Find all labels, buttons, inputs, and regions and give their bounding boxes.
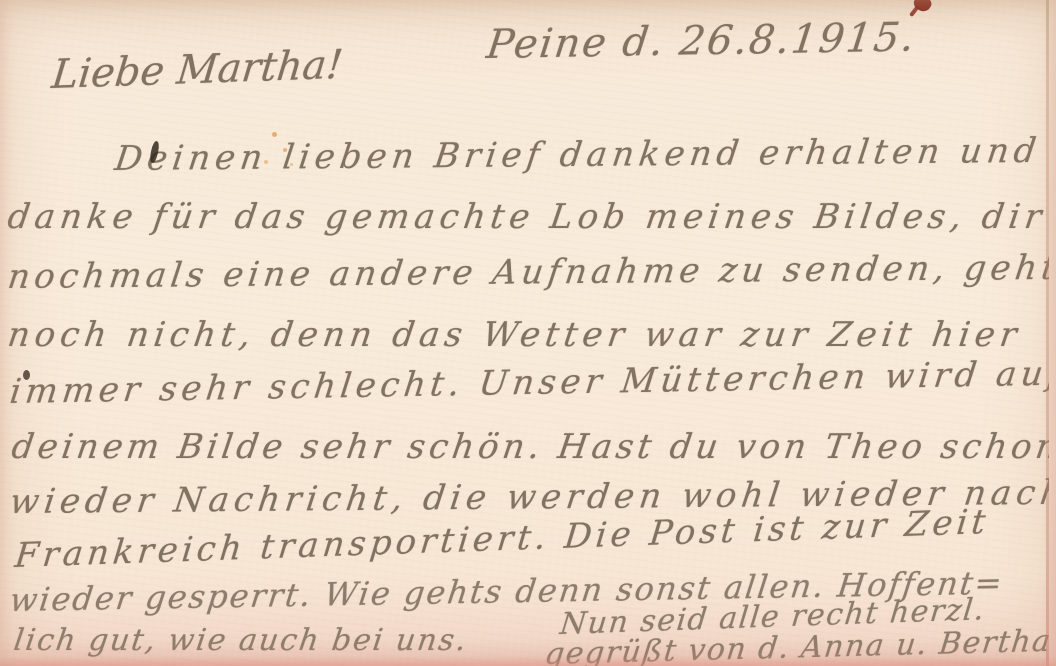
salutation: Liebe Martha! xyxy=(50,42,345,98)
handwriting-line: immer sehr schlecht. Unser Mütterchen wi… xyxy=(8,355,1056,413)
handwriting-line: Deinen lieben Brief dankend erhalten und xyxy=(112,132,1043,179)
postcard-scan: Peine d. 26.8.1915. Liebe Martha! Deinen… xyxy=(0,0,1056,666)
foxing-spot xyxy=(272,132,277,137)
handwriting-line: noch nicht, denn das Wetter war zur Zeit… xyxy=(5,316,1024,355)
handwriting-line: lich gut, wie auch bei uns. xyxy=(12,624,470,659)
handwriting-line: deinem Bilde sehr schön. Hast du von The… xyxy=(9,428,1056,467)
red-ink-mark xyxy=(911,0,934,15)
card-right-edge xyxy=(1046,0,1049,666)
dateline: Peine d. 26.8.1915. xyxy=(484,14,919,68)
card-right-margin xyxy=(1049,0,1056,666)
card-bottom-edge xyxy=(0,657,1056,666)
handwriting-line: nochmals eine andere Aufnahme zu senden,… xyxy=(5,249,1056,297)
handwriting-line: danke für das gemachte Lob meines Bildes… xyxy=(5,198,1048,237)
